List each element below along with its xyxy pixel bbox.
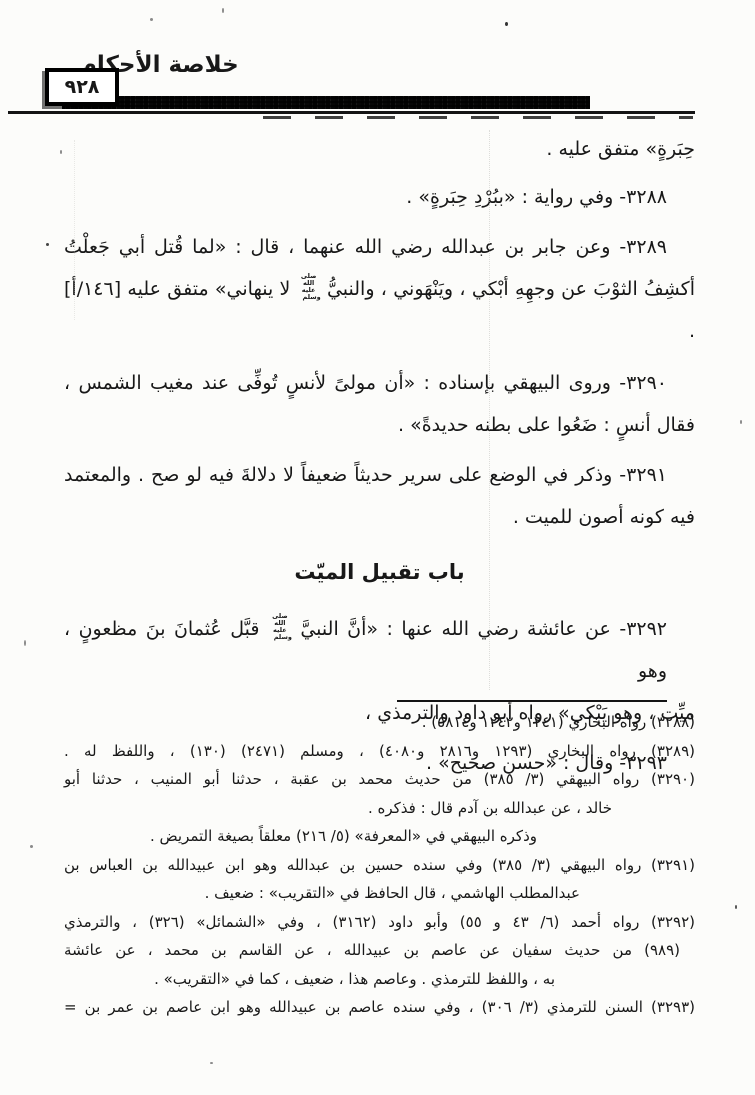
scan-speck: [222, 8, 224, 13]
body-line-4: أكشِفُ الثوْبَ عن وجهِهِ أبْكي ، ويَنْهَ…: [64, 268, 695, 352]
footnote-line-10: به ، واللفظ للترمذي . وعاصم هذا ، ضعيف ،…: [64, 965, 555, 994]
text-segment: ٣٢٨٨- وفي رواية : «ببُرْدِ حِبَرةٍ» .: [406, 186, 667, 208]
footnote-line-6: (٣٢٩١) رواه البيهقي (٣/ ٣٨٥) وفي سنده حس…: [64, 851, 695, 880]
text-segment: عبدالمطلب الهاشمي ، قال الحافظ في «التقر…: [205, 884, 580, 902]
text-segment: أكشِفُ الثوْبَ عن وجهِهِ أبْكي ، ويَنْهَ…: [321, 278, 695, 300]
scan-speck: [210, 1062, 213, 1064]
text-segment: باب تقبيل الميّت: [294, 560, 464, 584]
body-line-8: فيه كونه أصون للميت .: [64, 496, 695, 538]
scan-speck: [46, 243, 49, 246]
scan-speck: [735, 905, 737, 909]
body-line-5: ٣٢٩٠- وروى البيهقي بإسناده : «أن مولىً ل…: [64, 362, 667, 404]
body-line-3: ٣٢٨٩- وعن جابر بن عبدالله رضي الله عنهما…: [64, 226, 667, 268]
footnote-line-7: عبدالمطلب الهاشمي ، قال الحافظ في «التقر…: [64, 879, 580, 908]
body-line-7: ٣٢٩١- وذكر في الوضع على سرير حديثاً ضعيف…: [64, 454, 667, 496]
text-segment: ٣٢٩٠- وروى البيهقي بإسناده : «أن مولىً ل…: [64, 372, 667, 394]
pbuh-calligraphy-symbol: صلى الله عليه وسلم: [297, 273, 321, 302]
footnote-line-3: (٣٢٩٠) رواه البيهقي (٣/ ٣٨٥) من حديث محم…: [64, 765, 695, 794]
text-segment: (٣٢٩١) رواه البيهقي (٣/ ٣٨٥) وفي سنده حس…: [64, 856, 695, 874]
body-line-2: ٣٢٨٨- وفي رواية : «ببُرْدِ حِبَرةٍ» .: [64, 176, 667, 218]
text-segment: (٣٢٩٣) السنن للترمذي (٣/ ٣٠٦) ، وفي سنده…: [64, 998, 695, 1016]
scan-artifact-vline: [489, 130, 490, 690]
footnote-separator: [397, 700, 667, 702]
header-dashed-rule: [263, 116, 693, 119]
footnote-line-9: (٩٨٩) من حديث سفيان عن عاصم بن عبيدالله …: [64, 936, 680, 965]
page-number: ٩٢٨: [65, 76, 100, 98]
body-line-6: فقال أنسٍ : ضَعُوا على بطنه حديدةً» .: [64, 404, 695, 446]
footnote-line-5: وذكره البيهقي في «المعرفة» (٥/ ٢١٦) معلق…: [64, 822, 537, 851]
text-segment: فقال أنسٍ : ضَعُوا على بطنه حديدةً» .: [398, 414, 695, 436]
section-heading: باب تقبيل الميّت: [64, 552, 695, 592]
text-segment: (٣٢٨٨) رواه البخاري (١٢٤١ و١٢٤٢ و٥٨١٤) .: [422, 713, 695, 731]
text-segment: ٣٢٩١- وذكر في الوضع على سرير حديثاً ضعيف…: [64, 464, 667, 486]
body-line-1: حِبَرةٍ» متفق عليه .: [64, 128, 695, 170]
page-number-box: ٩٢٨: [45, 68, 119, 106]
body-line-10: ٣٢٩٢- عن عائشة رضي الله عنها : «أنَّ الن…: [64, 608, 667, 692]
text-segment: به ، واللفظ للترمذي . وعاصم هذا ، ضعيف ،…: [154, 970, 555, 988]
text-segment: فيه كونه أصون للميت .: [513, 506, 695, 528]
pbuh-calligraphy-symbol: صلى الله عليه وسلم: [268, 613, 292, 642]
footnote-line-11: (٣٢٩٣) السنن للترمذي (٣/ ٣٠٦) ، وفي سنده…: [64, 993, 695, 1022]
text-segment: خالد ، عن عبدالله بن آدم قال : فذكره .: [368, 799, 612, 817]
footnotes: (٣٢٨٨) رواه البخاري (١٢٤١ و١٢٤٢ و٥٨١٤) .…: [64, 708, 695, 1022]
scan-speck: [24, 640, 26, 646]
scan-speck: [30, 845, 33, 848]
text-segment: (٩٨٩) من حديث سفيان عن عاصم بن عبيدالله …: [64, 941, 680, 959]
footnote-line-1: (٣٢٨٨) رواه البخاري (١٢٤١ و١٢٤٢ و٥٨١٤) .: [64, 708, 695, 737]
ornament-band: [62, 96, 590, 109]
book-page: خلاصة الأحكام ٩٢٨ حِبَرةٍ» متفق عليه .٣٢…: [0, 0, 755, 1095]
body-text: حِبَرةٍ» متفق عليه .٣٢٨٨- وفي رواية : «ب…: [64, 128, 695, 784]
text-segment: (٣٢٨٩) رواه البخاري (١٢٩٣ و٢٨١٦ و٤٠٨٠) ،…: [64, 742, 695, 760]
text-segment: (٣٢٩٠) رواه البيهقي (٣/ ٣٨٥) من حديث محم…: [64, 770, 695, 788]
text-segment: (٣٢٩٢) رواه أحمد (٦/ ٤٣ و ٥٥) وأبو داود …: [64, 913, 695, 931]
scan-artifact-vline: [74, 140, 75, 320]
scan-speck: [60, 150, 62, 154]
footnote-line-2: (٣٢٨٩) رواه البخاري (١٢٩٣ و٢٨١٦ و٤٠٨٠) ،…: [64, 737, 695, 766]
text-segment: ٣٢٩٢- عن عائشة رضي الله عنها : «أنَّ الن…: [292, 618, 667, 640]
text-segment: وذكره البيهقي في «المعرفة» (٥/ ٢١٦) معلق…: [150, 827, 537, 845]
scan-speck: [150, 18, 153, 21]
header-rule: [8, 111, 695, 114]
text-segment: حِبَرةٍ» متفق عليه .: [546, 138, 695, 160]
text-segment: ٣٢٨٩- وعن جابر بن عبدالله رضي الله عنهما…: [64, 236, 667, 258]
footnote-line-4: خالد ، عن عبدالله بن آدم قال : فذكره .: [64, 794, 612, 823]
footnote-line-8: (٣٢٩٢) رواه أحمد (٦/ ٤٣ و ٥٥) وأبو داود …: [64, 908, 695, 937]
scan-speck: [740, 420, 742, 424]
scan-speck: [505, 22, 508, 26]
